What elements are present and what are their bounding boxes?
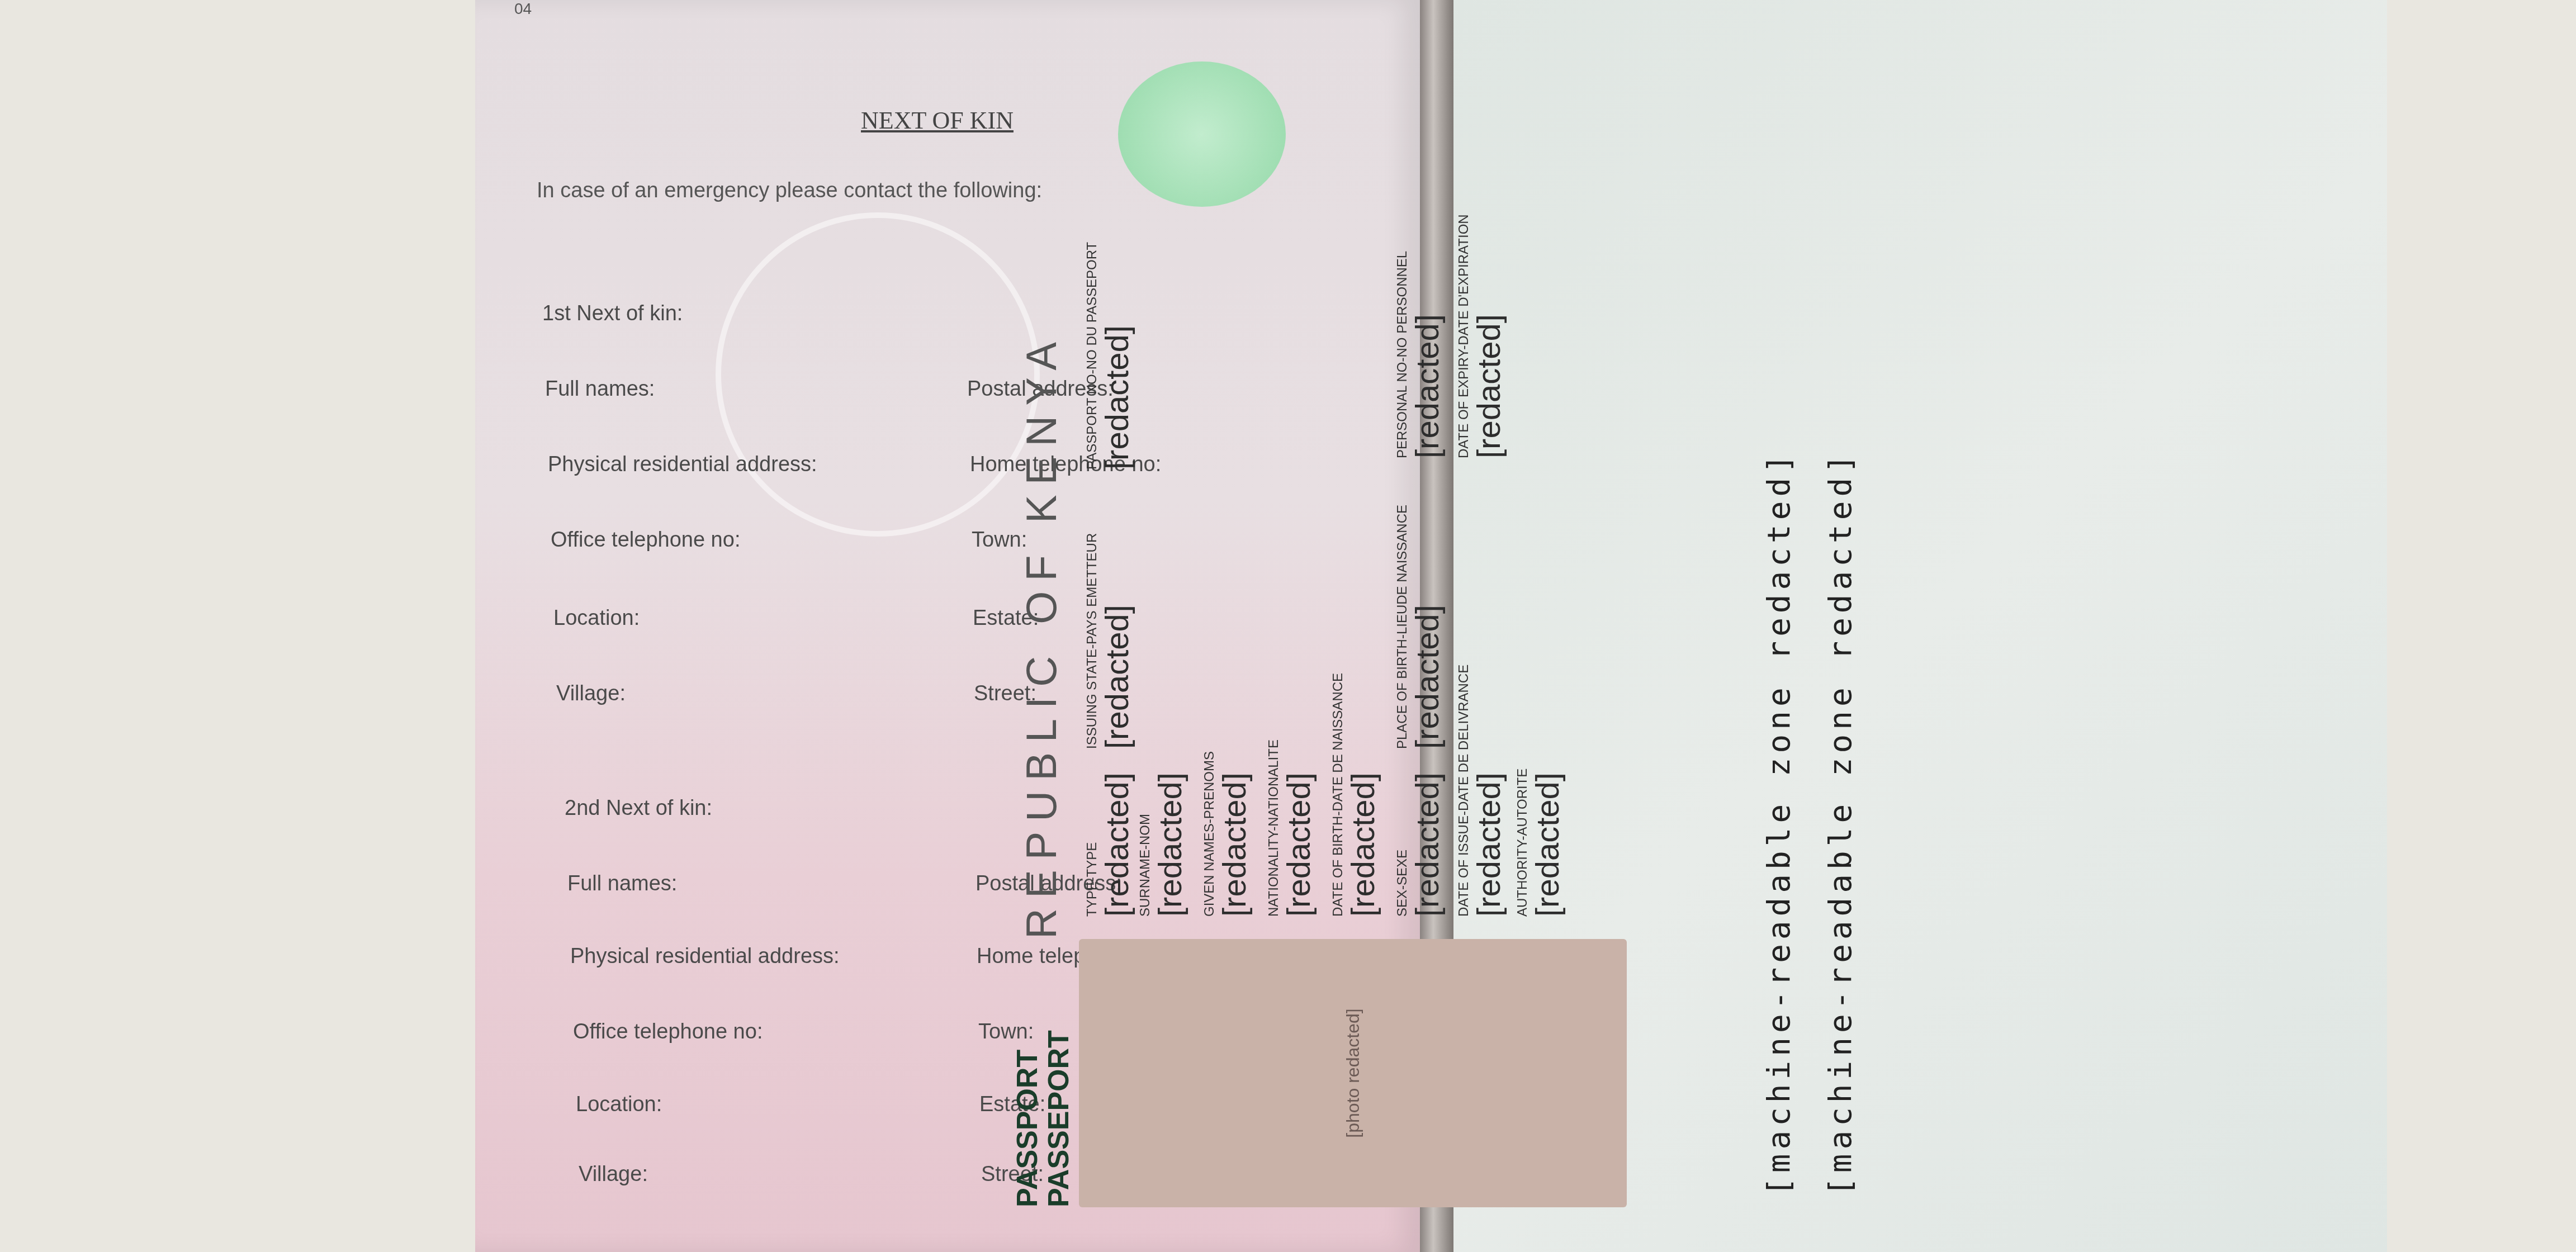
- dob-label: DATE OF BIRTH-DATE DE NAISSANCE: [1330, 673, 1346, 917]
- given-names-label: GIVEN NAMES-PRENOMS: [1202, 751, 1218, 917]
- section-heading: 1st Next of kin:: [542, 302, 683, 326]
- page-number: 04: [514, 0, 532, 18]
- expiry-date-label: DATE OF EXPIRY-DATE D'EXPIRATION: [1456, 214, 1472, 458]
- authority-value: [redacted]: [1529, 772, 1566, 917]
- sex-label: SEX-SEXE: [1395, 850, 1410, 917]
- field-label: Village:: [579, 1163, 648, 1187]
- field-label: Physical residential address:: [548, 453, 817, 477]
- issuer-heading: REPUBLIC OF KENYA: [1017, 332, 1066, 939]
- hologram-seal: [1118, 61, 1286, 207]
- nationality-value: [redacted]: [1280, 772, 1318, 917]
- field-label: Location:: [553, 606, 640, 630]
- place-of-birth-value: [redacted]: [1409, 605, 1446, 749]
- nationality-label: NATIONALITY-NATIONALITE: [1266, 739, 1282, 917]
- place-of-birth-label: PLACE OF BIRTH-LIEUDE NAISSANCE: [1395, 505, 1410, 749]
- surname-value: [redacted]: [1152, 772, 1189, 917]
- given-names-value: [redacted]: [1216, 772, 1253, 917]
- field-label: Full names:: [545, 377, 655, 401]
- personal-no-value: [redacted]: [1409, 314, 1446, 458]
- passport-no-value: [redacted]: [1098, 325, 1136, 469]
- field-label: Village:: [556, 682, 626, 706]
- type-value: [redacted]: [1098, 772, 1136, 917]
- issue-date-label: DATE OF ISSUE-DATE DE DELIVRANCE: [1456, 665, 1472, 917]
- section-heading: 2nd Next of kin:: [565, 796, 712, 821]
- data-page-content: PASSPORT PASSEPORT REPUBLIC OF KENYA [ph…: [978, 0, 1912, 1252]
- field-label: Full names:: [567, 872, 677, 896]
- issuing-state-value: [redacted]: [1098, 605, 1136, 749]
- passport-header-en: PASSPORT: [1012, 1050, 1043, 1207]
- field-label: Office telephone no:: [573, 1020, 763, 1044]
- field-label: Location:: [576, 1093, 662, 1117]
- surname-label: SURNAME-NOM: [1138, 814, 1153, 917]
- intro-text: In case of an emergency please contact t…: [537, 179, 1042, 203]
- field-label: Physical residential address:: [570, 945, 840, 969]
- expiry-date-value: [redacted]: [1470, 314, 1508, 458]
- passport-no-label: PASSPORT NO-NO DU PASSEPORT: [1085, 242, 1100, 469]
- type-label: TYPE-TYPE: [1085, 842, 1100, 917]
- issuing-state-label: ISSUING STATE-PAYS EMETTEUR: [1085, 533, 1100, 749]
- field-label: Office telephone no:: [551, 528, 740, 552]
- passport-header-fr: PASSEPORT: [1043, 1030, 1074, 1207]
- sex-value: [redacted]: [1409, 772, 1446, 917]
- issue-date-value: [redacted]: [1470, 772, 1508, 917]
- dob-value: [redacted]: [1344, 772, 1382, 917]
- personal-no-label: PERSONAL NO-NO PERSONNEL: [1395, 251, 1410, 458]
- mrz-line-1: [machine-readable zone redacted]: [1761, 450, 1797, 1196]
- holder-photo: [photo redacted]: [1079, 939, 1627, 1207]
- authority-label: AUTHORITY-AUTORITE: [1515, 769, 1531, 917]
- mrz-line-2: [machine-readable zone redacted]: [1822, 450, 1859, 1196]
